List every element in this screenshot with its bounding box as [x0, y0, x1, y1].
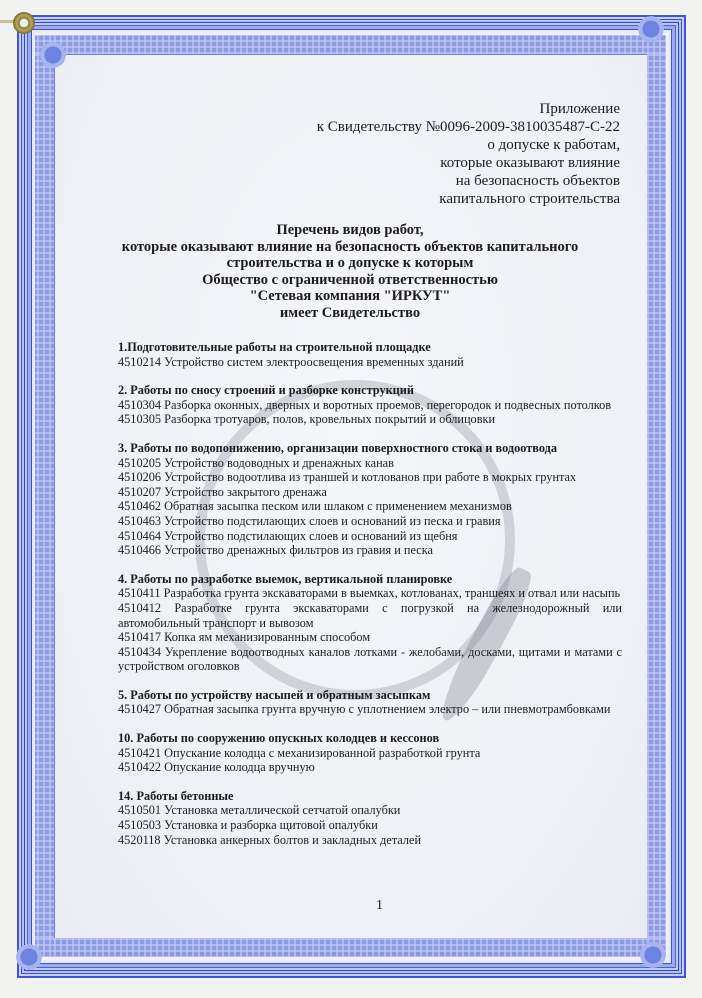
- work-item: 4510466 Устройство дренажных фильтров из…: [118, 543, 622, 558]
- section-preparatory: 1.Подготовительные работы на строительно…: [118, 340, 622, 369]
- corner-ornament-icon: [636, 14, 666, 44]
- corner-ornament-icon: [38, 40, 68, 70]
- work-types-list: 1.Подготовительные работы на строительно…: [118, 340, 622, 861]
- section-title: 10. Работы по сооружению опускных колодц…: [118, 731, 622, 746]
- work-item: 4520118 Установка анкерных болтов и закл…: [118, 833, 622, 848]
- section-title: 2. Работы по сносу строений и разборке к…: [118, 383, 622, 398]
- work-item: 4510503 Установка и разборка щитовой опа…: [118, 818, 622, 833]
- section-excavation: 4. Работы по разработке выемок, вертикал…: [118, 572, 622, 674]
- section-concrete: 14. Работы бетонные 4510501 Установка ме…: [118, 789, 622, 847]
- work-item: 4510427 Обратная засыпка грунта вручную …: [118, 702, 622, 717]
- appendix-line: Приложение: [317, 100, 620, 118]
- section-caissons: 10. Работы по сооружению опускных колодц…: [118, 731, 622, 775]
- section-title: 1.Подготовительные работы на строительно…: [118, 340, 622, 355]
- corner-ornament-icon: [14, 942, 44, 972]
- work-item: 4510463 Устройство подстилающих слоев и …: [118, 514, 622, 529]
- page-number: 1: [376, 898, 383, 914]
- section-embankments: 5. Работы по устройству насыпей и обратн…: [118, 688, 622, 717]
- appendix-line: о допуске к работам,: [317, 136, 620, 154]
- title-line: которые оказывают влияние на безопасност…: [100, 239, 600, 256]
- appendix-line: капитального строительства: [317, 190, 620, 208]
- work-item: 4510207 Устройство закрытого дренажа: [118, 485, 622, 500]
- grommet-icon: [13, 12, 35, 34]
- work-item: 4510421 Опускание колодца с механизирова…: [118, 746, 622, 761]
- document-title: Перечень видов работ, которые оказывают …: [100, 222, 600, 321]
- section-title: 14. Работы бетонные: [118, 789, 622, 804]
- section-title: 5. Работы по устройству насыпей и обратн…: [118, 688, 622, 703]
- work-item: 4510501 Установка металлической сетчатой…: [118, 803, 622, 818]
- work-item: 4510412 Разработке грунта экскаваторами …: [118, 601, 622, 630]
- appendix-line: к Свидетельству №0096-2009-3810035487-С-…: [317, 118, 620, 136]
- title-line: имеет Свидетельство: [100, 305, 600, 322]
- work-item: 4510214 Устройство систем электроосвещен…: [118, 355, 622, 370]
- work-item: 4510206 Устройство водоотлива из траншей…: [118, 470, 622, 485]
- section-title: 3. Работы по водопонижению, организации …: [118, 441, 622, 456]
- section-dewatering: 3. Работы по водопонижению, организации …: [118, 441, 622, 558]
- work-item: 4510464 Устройство подстилающих слоев и …: [118, 529, 622, 544]
- corner-ornament-icon: [638, 940, 668, 970]
- work-item: 4510462 Обратная засыпка песком или шлак…: [118, 499, 622, 514]
- work-item: 4510422 Опускание колодца вручную: [118, 760, 622, 775]
- title-line: строительства и о допуске к которым: [100, 255, 600, 272]
- work-item: 4510434 Укрепление водоотводных каналов …: [118, 645, 622, 674]
- title-line: Общество с ограниченной ответственностью: [100, 272, 600, 289]
- section-demolition: 2. Работы по сносу строений и разборке к…: [118, 383, 622, 427]
- appendix-header: Приложение к Свидетельству №0096-2009-38…: [317, 100, 620, 208]
- title-line: Перечень видов работ,: [100, 222, 600, 239]
- work-item: 4510417 Копка ям механизированным способ…: [118, 630, 622, 645]
- appendix-line: которые оказывают влияние: [317, 154, 620, 172]
- title-line: "Сетевая компания "ИРКУТ": [100, 288, 600, 305]
- section-title: 4. Работы по разработке выемок, вертикал…: [118, 572, 622, 587]
- appendix-line: на безопасность объектов: [317, 172, 620, 190]
- work-item: 4510305 Разборка тротуаров, полов, крове…: [118, 412, 622, 427]
- work-item: 4510304 Разборка оконных, дверных и воро…: [118, 398, 622, 413]
- work-item: 4510411 Разработка грунта экскаваторами …: [118, 586, 622, 601]
- work-item: 4510205 Устройство водоводных и дренажны…: [118, 456, 622, 471]
